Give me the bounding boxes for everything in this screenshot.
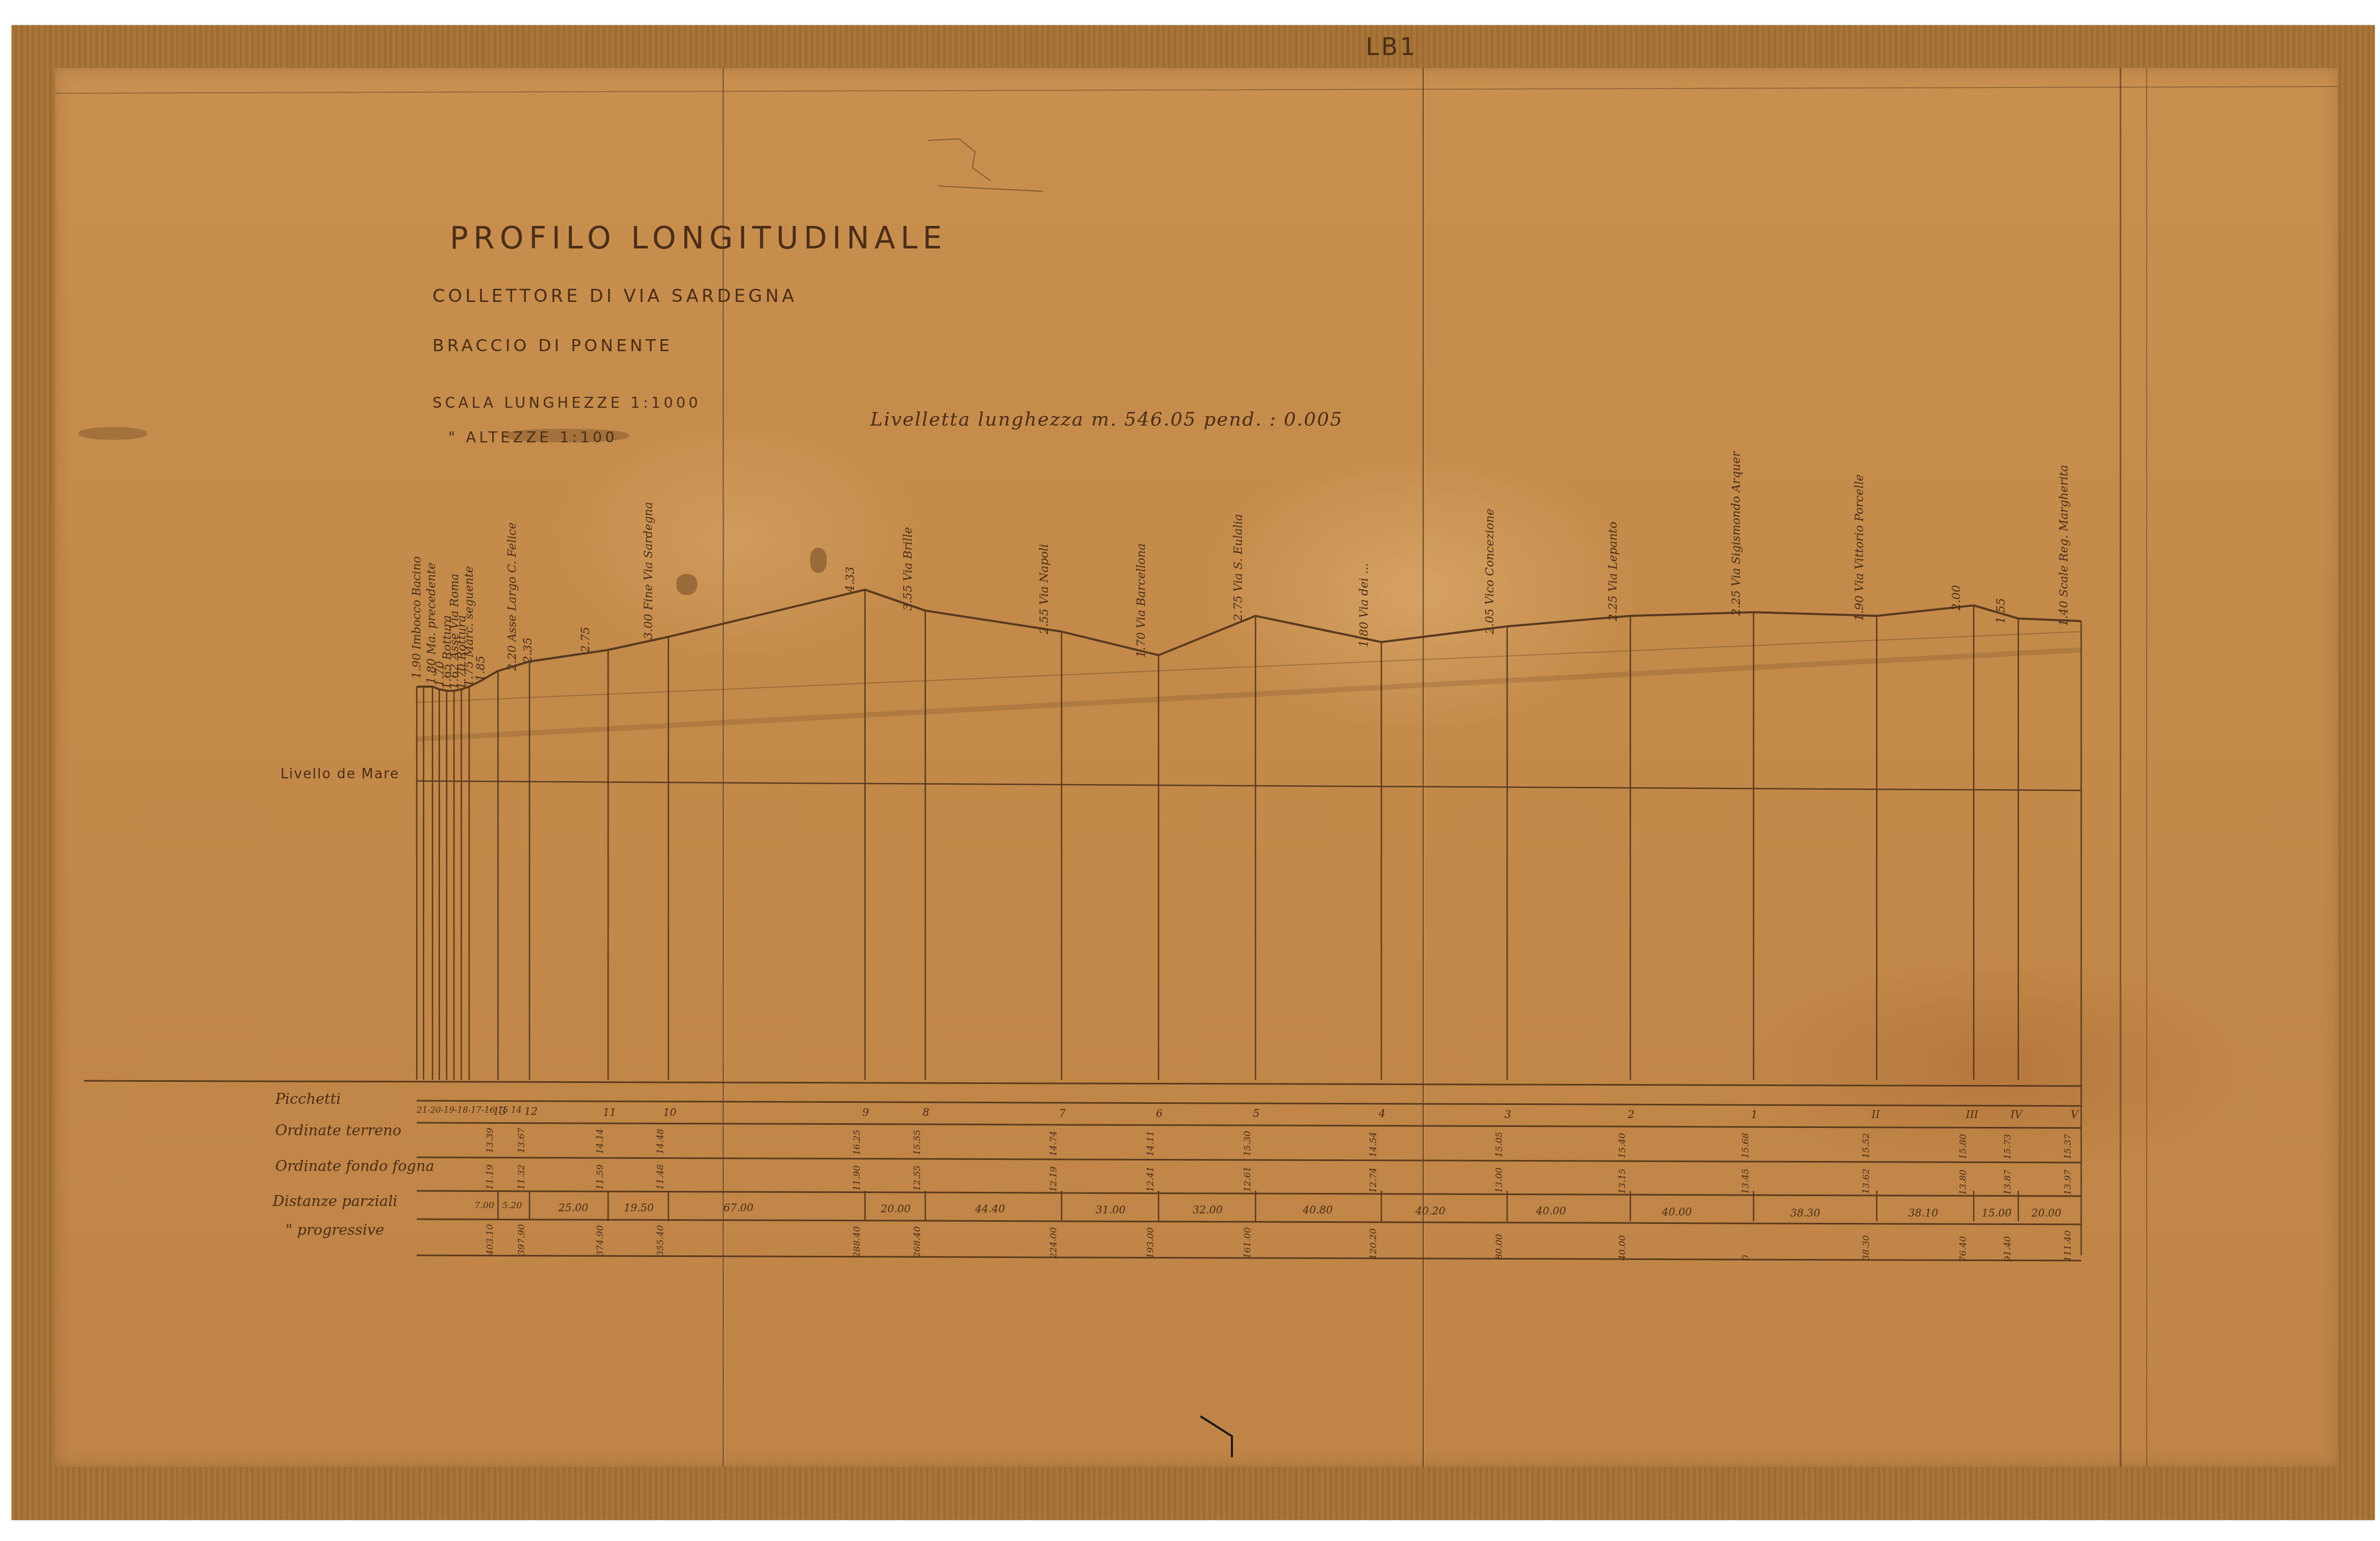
- ordinate-fondo: 11.19: [485, 1164, 495, 1190]
- ordinate-fondo: 13.62: [1861, 1168, 1871, 1194]
- picchetto: 2: [1628, 1108, 1635, 1121]
- distanza-progressiva: 288.40: [852, 1227, 862, 1257]
- row-label-distanze-progressive: " progressive: [286, 1221, 384, 1239]
- ordinate-fondo: 13.97: [2063, 1169, 2073, 1195]
- station-label: 1.70 Via Barcellona: [1135, 544, 1148, 658]
- ordinate-terreno: 15.55: [912, 1130, 923, 1155]
- ordinate-fondo: 13.00: [1494, 1167, 1505, 1193]
- distanza-parziale: 44.40: [975, 1202, 1005, 1215]
- picchetto: 1: [1751, 1108, 1758, 1121]
- profile-drawing: [0, 0, 2380, 1541]
- ordinate-fondo: 13.15: [1617, 1168, 1628, 1194]
- picchetto: IV: [2010, 1108, 2022, 1121]
- ordinate-terreno: 14.11: [1145, 1131, 1156, 1156]
- picchetto: 6: [1156, 1107, 1163, 1120]
- distanza-parziale: 19.50: [624, 1201, 654, 1214]
- distanza-parziale: 40.00: [1662, 1206, 1692, 1218]
- distanza-parziale: 25.00: [558, 1201, 588, 1214]
- distanza-progressiva: 268.40: [912, 1227, 923, 1257]
- ordinate-terreno: 14.54: [1368, 1132, 1379, 1157]
- distanza-progressiva: 0: [1740, 1255, 1751, 1261]
- ordinate-terreno: 15.73: [2003, 1134, 2013, 1159]
- distanza-parziale: 40.80: [1303, 1203, 1333, 1216]
- distanza-parziale: 40.00: [1536, 1204, 1566, 1217]
- row-label-distanze-parziali: Distanze parziali: [273, 1192, 397, 1210]
- distanza-parziale: 32.00: [1193, 1203, 1223, 1216]
- row-label-ordinate-terreno: Ordinate terreno: [275, 1122, 402, 1139]
- distanza-parziale: 5.20: [502, 1200, 522, 1211]
- distanza-progressiva: 80.00: [1494, 1234, 1505, 1260]
- ordinate-terreno: 15.05: [1494, 1132, 1505, 1157]
- ordinate-terreno: 15.40: [1617, 1133, 1628, 1158]
- ordinate-fondo: 12.61: [1242, 1166, 1253, 1192]
- distanza-parziale: 40.20: [1415, 1204, 1445, 1217]
- station-label: 2.25 Via Lepanto: [1607, 522, 1620, 621]
- distanza-parziale: 20.00: [881, 1202, 911, 1215]
- ordinate-fondo: 13.45: [1740, 1168, 1751, 1194]
- distanza-parziale: 38.30: [1790, 1207, 1820, 1219]
- station-label: 2.25 Via Sigismondo Arquer: [1730, 451, 1743, 616]
- ordinate-fondo: 11.48: [655, 1164, 666, 1190]
- station-label: 4.33: [844, 567, 857, 592]
- station-label: 2.05 Vico Concezione: [1484, 508, 1497, 634]
- ordinate-fondo: 12.55: [912, 1165, 923, 1191]
- distanza-progressiva: 111.40: [2063, 1231, 2073, 1262]
- row-label-ordinate-fondo: Ordinate fondo fogna: [275, 1157, 434, 1175]
- ordinate-terreno: 15.80: [1958, 1134, 1968, 1159]
- ordinate-terreno: 16.25: [852, 1130, 862, 1155]
- distanza-progressiva: 224.00: [1048, 1228, 1059, 1258]
- ordinate-terreno: 13.39: [485, 1127, 495, 1153]
- distanza-progressiva: 120.20: [1368, 1229, 1379, 1260]
- distanza-progressiva: 161.00: [1242, 1228, 1253, 1258]
- picchetto: 13: [493, 1105, 506, 1117]
- ordinate-terreno: 15.30: [1242, 1131, 1253, 1156]
- ordinate-terreno: 14.48: [655, 1128, 666, 1154]
- station-label: 2.00: [1950, 585, 1963, 611]
- picchetto: 5: [1253, 1107, 1260, 1120]
- station-label: 1.90 Via Vittorio Porcelle: [1853, 474, 1866, 621]
- distanza-progressiva: 91.40: [2003, 1236, 2013, 1262]
- ordinate-fondo: 13.80: [1958, 1169, 1968, 1195]
- ordinate-terreno: 14.74: [1048, 1131, 1059, 1156]
- ordinate-fondo: 13.87: [2003, 1169, 2013, 1195]
- station-label: 1.85: [474, 656, 488, 681]
- picchetto: 8: [923, 1106, 929, 1119]
- ordinate-fondo: 12.74: [1368, 1167, 1379, 1193]
- picchetto: 11: [603, 1106, 616, 1119]
- ordinate-fondo: 11.90: [852, 1165, 862, 1191]
- picchetto: III: [1966, 1108, 1978, 1121]
- distanza-progressiva: 397.90: [516, 1224, 527, 1255]
- ordinate-fondo: 11.32: [516, 1164, 527, 1190]
- picchetto: 4: [1379, 1107, 1386, 1120]
- ordinate-fondo: 11.59: [595, 1164, 605, 1190]
- distanza-parziale: 7.00: [474, 1200, 494, 1211]
- ordinate-terreno: 13.67: [516, 1127, 527, 1153]
- distanza-parziale: 20.00: [2031, 1207, 2061, 1219]
- station-label: 1.55: [1995, 598, 2008, 624]
- distanza-progressiva: 374.90: [595, 1225, 605, 1256]
- distanza-progressiva: 193.00: [1145, 1228, 1156, 1258]
- station-label: 2.35: [522, 637, 535, 663]
- picchetto: 12: [524, 1105, 537, 1117]
- station-label: 1.80 Via dei ...: [1358, 563, 1371, 647]
- picchetto: II: [1871, 1108, 1880, 1121]
- ordinate-terreno: 14.14: [595, 1128, 605, 1154]
- picchetto: 7: [1059, 1107, 1066, 1120]
- distanza-parziale: 38.10: [1908, 1207, 1938, 1219]
- station-label: 3.00 Fine Via Sardegna: [642, 502, 655, 639]
- distanza-progressiva: 38.30: [1861, 1235, 1871, 1261]
- distanza-parziale: 67.00: [723, 1201, 753, 1214]
- station-label: 2.20 Asse Largo C. Felice: [506, 522, 519, 671]
- distanza-parziale: 15.00: [1982, 1207, 2011, 1219]
- row-label-picchetti: Picchetti: [275, 1090, 341, 1108]
- ordinate-fondo: 12.41: [1145, 1166, 1156, 1192]
- ordinate-terreno: 15.68: [1740, 1133, 1751, 1158]
- distanza-progressiva: 76.40: [1958, 1236, 1968, 1262]
- picchetto: 9: [862, 1106, 869, 1119]
- station-label: 3.55 Via Brille: [902, 527, 915, 611]
- station-label: 2.55 Via Napoli: [1038, 544, 1051, 634]
- distanza-progressiva: 40.00: [1617, 1235, 1628, 1261]
- station-label: 2.75: [579, 627, 592, 653]
- distanza-progressiva: 403.10: [485, 1224, 495, 1255]
- picchetto: V: [2071, 1108, 2078, 1121]
- station-label: 2.75 Via S. Eulalia: [1232, 514, 1245, 621]
- distanza-progressiva: 355.40: [655, 1225, 666, 1256]
- ordinate-terreno: 15.52: [1861, 1133, 1871, 1158]
- ordinate-terreno: 15.37: [2063, 1134, 2073, 1159]
- distanza-parziale: 31.00: [1096, 1203, 1126, 1216]
- station-label: 1.40 Scale Reg. Margherita: [2058, 465, 2071, 626]
- station-label: 1.90 Imbocco Bacino: [410, 556, 424, 679]
- picchetto: 10: [663, 1106, 676, 1119]
- picchetto: 3: [1505, 1108, 1511, 1121]
- ordinate-fondo: 12.19: [1048, 1166, 1059, 1192]
